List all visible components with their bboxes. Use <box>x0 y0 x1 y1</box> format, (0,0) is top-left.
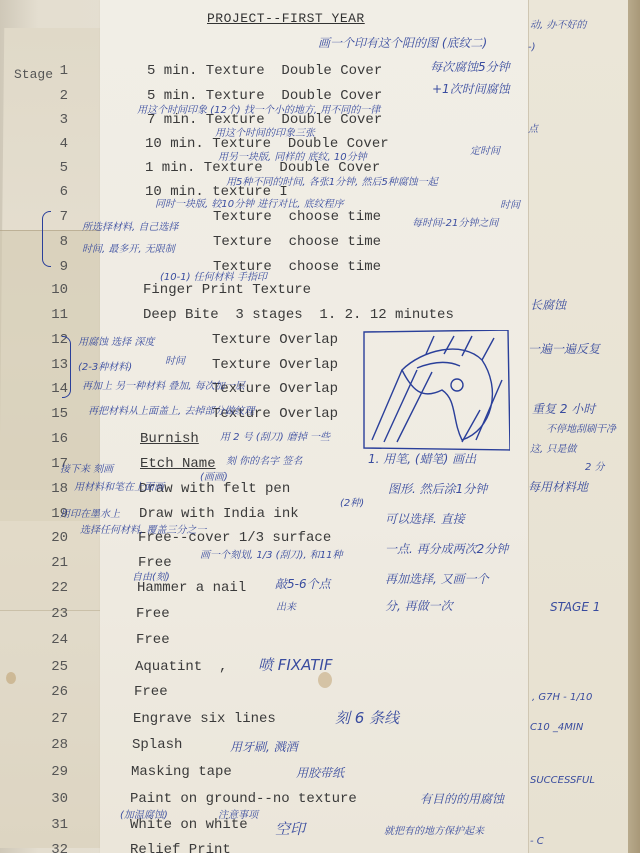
handwritten-note: 再加上 另一种材料 叠加, 每次加一层 <box>82 377 245 392</box>
handwritten-note: 可以选择. 直接 <box>385 510 465 527</box>
handwritten-note: 定时间 <box>470 142 500 157</box>
stage-number: 23 <box>0 606 68 622</box>
handwritten-note: 每时间-21分钟之间 <box>412 214 498 229</box>
margin-note: 点 <box>528 120 538 135</box>
stage-number: 3 <box>0 112 68 128</box>
stage-text: Free <box>136 606 170 622</box>
handwritten-note: 时间, 最多开, 无限制 <box>82 240 175 255</box>
stage-text: Deep Bite 3 stages 1. 2. 12 minutes <box>143 307 454 323</box>
stage-number: 15 <box>0 406 68 422</box>
margin-note: - C <box>530 836 544 847</box>
handwritten-note: 再加选择, 又画一个 <box>385 570 489 587</box>
stage-number: 17 <box>0 456 68 472</box>
handwritten-note: 图形. 然后涂1分钟 <box>388 480 487 497</box>
stage-number: 7 <box>0 209 68 225</box>
handwritten-note: 1. 用笔, (蜡笔) 画出 <box>368 450 476 467</box>
margin-note: -) <box>528 42 536 53</box>
stage-number: 4 <box>0 136 68 152</box>
stage-number: 27 <box>0 711 68 727</box>
handwritten-note: 画一个印有这个阳的图 (底纹二) <box>318 34 487 51</box>
stage-text: Relief Print <box>130 842 231 853</box>
handwritten-note: 自由(刻) <box>132 568 170 583</box>
handwritten-note: (2-3种材料) <box>78 358 132 373</box>
stage-number: 28 <box>0 737 68 753</box>
margin-note: 每用材料地 <box>528 478 588 495</box>
handwritten-note: 长腐蚀 <box>530 296 566 313</box>
stage-text: Free <box>136 632 170 648</box>
stage-text: Finger Print Texture <box>143 282 311 298</box>
margin-note: 动, 办不好的 <box>530 16 586 31</box>
handwritten-note: 接下来 刻画 <box>60 460 113 475</box>
stage-number: 25 <box>0 659 68 675</box>
margin-note: , G7H - 1/10 <box>532 692 592 703</box>
handwritten-note: 空印 <box>275 818 305 839</box>
handwritten-note: 用胶带纸 <box>296 764 344 781</box>
handwritten-note: 用5种不同的时间, 各张1分钟, 然后5种腐蚀一起 <box>226 173 438 188</box>
handwritten-note: (10-1) 任何材料 手指印 <box>160 268 267 283</box>
bracket-rows-12-14 <box>62 336 71 398</box>
handwritten-note: 出来 <box>276 598 296 613</box>
stage-number: 29 <box>0 764 68 780</box>
stage-text: Engrave six lines <box>133 711 276 727</box>
stage-number: 32 <box>0 842 68 853</box>
stage-number: 20 <box>0 530 68 546</box>
stage-text: Masking tape <box>131 764 232 780</box>
margin-note: STAGE 1 <box>550 600 600 614</box>
stage-text: Texture choose time <box>213 234 381 250</box>
handwritten-note: 时间 <box>165 352 185 367</box>
margin-note: C10 _4MIN <box>530 722 583 733</box>
handwritten-note: 用另一块版, 同样的 底纹, 10分钟 <box>218 148 367 163</box>
handwritten-note: (2种) <box>340 494 364 509</box>
handwritten-note: 用腐蚀 选择 深度 <box>78 333 154 348</box>
stage-text: Aquatint , <box>135 659 227 675</box>
stage-number: 9 <box>0 259 68 275</box>
stage-number: 1 <box>0 63 68 79</box>
stage-number: 26 <box>0 684 68 700</box>
handwritten-note: 一点. 再分成两次2分钟 <box>385 540 508 557</box>
margin-note: 这, 只是做 <box>530 440 576 455</box>
handwritten-note: 所选择材料, 自己选择 <box>82 218 178 233</box>
handwritten-note: 注意事项 <box>218 806 258 821</box>
stage-text: Splash <box>132 737 182 753</box>
handwritten-note: 分, 再做一次 <box>385 597 453 614</box>
handwritten-note: (加温腐蚀) <box>120 806 168 821</box>
margin-note: 一遍一遍反复 <box>528 340 600 357</box>
handwritten-note: 用材料和笔在上面画 <box>74 478 164 493</box>
stage-text: Burnish <box>140 431 199 447</box>
stage-number: 8 <box>0 234 68 250</box>
stage-text: Texture choose time <box>213 209 381 225</box>
stage-number: 16 <box>0 431 68 447</box>
handwritten-note: 用 2 号 (刮刀) 磨掉 一些 <box>220 428 330 443</box>
stage-number: 19 <box>0 506 68 522</box>
stage-text: Paint on ground--no texture <box>130 791 357 807</box>
handwritten-note: 刻 6 条线 <box>335 707 399 728</box>
page-edge <box>628 0 640 853</box>
stage-text: Texture Overlap <box>212 332 338 348</box>
stage-number: 13 <box>0 357 68 373</box>
bracket-rows-7-9 <box>42 211 51 267</box>
handwritten-note: 刻 你的名字 签名 <box>226 452 302 467</box>
document-title: PROJECT--FIRST YEAR <box>207 11 365 26</box>
handwritten-note: 选择任何材料, 覆盖三分之一 <box>80 521 206 536</box>
sketch-drawing-icon <box>362 330 510 452</box>
stage-text: Draw with India ink <box>139 506 299 522</box>
stage-number: 18 <box>0 481 68 497</box>
stage-number: 31 <box>0 817 68 833</box>
stage-number: 14 <box>0 381 68 397</box>
handwritten-note: 有目的的用腐蚀 <box>420 790 504 807</box>
handwritten-note: +1次时间腐蚀 <box>432 80 510 97</box>
stage-number: 11 <box>0 307 68 323</box>
margin-note: 不停地刮刷干净 <box>546 420 616 435</box>
stage-number: 22 <box>0 580 68 596</box>
handwritten-note: 用牙刷, 溅酒 <box>230 738 298 755</box>
stage-number: 5 <box>0 160 68 176</box>
margin-note: 2 分 <box>585 458 605 473</box>
handwritten-note: (画画) <box>200 468 228 483</box>
stage-text: Texture Overlap <box>212 357 338 373</box>
handwritten-note: 敲5-6个点 <box>275 575 331 592</box>
stage-number: 24 <box>0 632 68 648</box>
stage-text: 5 min. Texture Double Cover <box>147 63 382 79</box>
handwritten-note: 同时一块版, 较10分钟 进行对比, 底纹程序 <box>155 195 344 210</box>
stage-number: 6 <box>0 184 68 200</box>
stage-number: 30 <box>0 791 68 807</box>
handwritten-note: 用这个时间的印象三张 <box>215 124 315 139</box>
margin-note: 重复 2 小时 <box>532 400 595 417</box>
handwritten-note: 时间 <box>500 196 520 211</box>
margin-note: SUCCESSFUL <box>530 775 595 786</box>
stage-number: 2 <box>0 88 68 104</box>
stage-text: Free <box>134 684 168 700</box>
handwritten-note: 用这个时间印象 (12个) 找一个小的地方, 用不同的一律 <box>137 101 380 116</box>
handwritten-note: 就把有的地方保护起来 <box>384 822 484 837</box>
handwritten-note: 再把材料从上面盖上, 去掉部分做纹理 <box>88 402 254 417</box>
stage-number: 21 <box>0 555 68 571</box>
handwritten-note: 用印在墨水上 <box>60 505 120 520</box>
stage-number: 10 <box>0 282 68 298</box>
handwritten-note: 每次腐蚀5分钟 <box>430 58 510 75</box>
handwritten-note: 画一个刻划, 1/3 (刮刀), 和11种 <box>200 546 343 561</box>
handwritten-note: 喷 FIXATIF <box>258 654 332 675</box>
stage-number: 12 <box>0 332 68 348</box>
